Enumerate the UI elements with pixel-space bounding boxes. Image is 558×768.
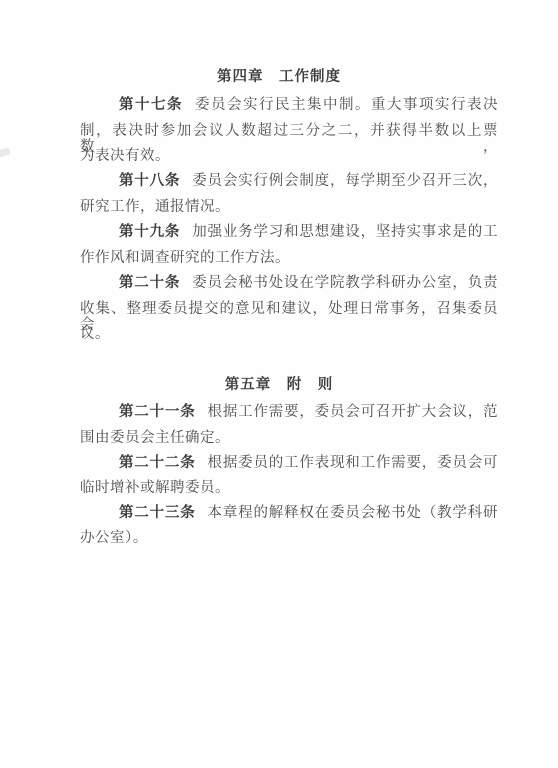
doc-line-text: 围由委员会主任确定。 — [80, 430, 230, 446]
doc-line: 第二十一条根据工作需要，委员会可召开扩大会议，范 — [80, 404, 498, 420]
article-number: 第二十一条 — [119, 404, 196, 420]
doc-line: 围由委员会主任确定。 — [80, 430, 498, 446]
doc-line-text: 根据工作需要，委员会可召开扩大会议，范 — [208, 404, 498, 420]
article-number: 第二十三条 — [119, 505, 196, 521]
doc-line: 办公室）。 — [80, 530, 498, 546]
doc-line-text: 根据委员的工作表现和工作需要，委员会可 — [208, 455, 498, 471]
doc-line: 第二十三条本章程的解释权在委员会秘书处（教学科研 — [80, 505, 498, 521]
scanned-document-page: 第四章 工作制度 第十七条委员会实行民主集中制。重大事项实行表决 制，表决时参加… — [0, 0, 558, 768]
doc-line-text: 办公室）。 — [80, 530, 148, 546]
doc-line: 临时增补或解聘委员。 — [80, 480, 498, 496]
doc-line-text: 临时增补或解聘委员。 — [80, 480, 230, 496]
scan-smudge — [0, 147, 11, 157]
doc-line-text: 本章程的解释权在委员会秘书处（教学科研 — [208, 505, 498, 521]
document-text-column-2: 第二十一条根据工作需要，委员会可召开扩大会议，范 围由委员会主任确定。 第二十二… — [80, 0, 498, 768]
article-number: 第二十二条 — [119, 455, 196, 471]
doc-line: 第二十二条根据委员的工作表现和工作需要，委员会可 — [80, 455, 498, 471]
